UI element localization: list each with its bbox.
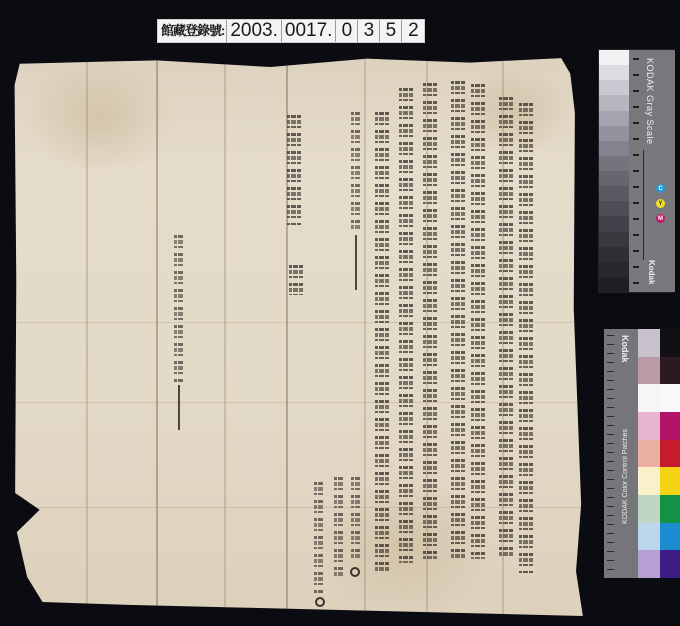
gray-scale-title: KODAK Gray Scale xyxy=(645,58,655,145)
ruler-marks xyxy=(607,335,614,572)
manuscript-column-3 xyxy=(471,84,485,559)
kodak-brand: Kodak xyxy=(620,335,630,363)
kodak-color-control-target: Kodak KODAK Color Control Patches xyxy=(604,329,680,578)
photo-stage: 館藏登錄號: 2003. 0017. 0 3 5 2 xyxy=(0,0,680,626)
paper-stain xyxy=(24,57,174,177)
seal-mark xyxy=(315,597,325,607)
signature-column-3 xyxy=(314,482,324,594)
fold-line xyxy=(86,57,88,616)
gray-steps xyxy=(599,50,629,292)
catalogue-number-digit: 3 xyxy=(358,20,380,42)
annotation-closing-stroke xyxy=(178,385,180,430)
dark-color-patches xyxy=(660,329,680,578)
fold-line xyxy=(224,57,226,616)
magenta-dot: M xyxy=(656,214,665,223)
manuscript-column-6 xyxy=(399,88,413,563)
fold-line xyxy=(364,57,366,616)
manuscript-closing-stroke xyxy=(355,235,357,290)
ruler-marks xyxy=(633,58,639,284)
date-month xyxy=(289,265,303,295)
seal-mark xyxy=(350,567,360,577)
yellow-dot: Y xyxy=(656,199,665,208)
paste-seam xyxy=(156,57,158,616)
manuscript-column-2 xyxy=(499,97,513,557)
catalogue-number-part: 2003. xyxy=(227,20,282,42)
catalogue-number-digit: 0 xyxy=(336,20,358,42)
manuscript-column-1 xyxy=(519,103,533,573)
kodak-gray-scale-target: KODAK Gray Scale C Y M Kodak xyxy=(598,49,674,293)
signature-column-2 xyxy=(334,477,344,577)
date-column xyxy=(287,115,301,225)
color-target-title: KODAK Color Control Patches xyxy=(622,429,629,524)
catalogue-label-prefix: 館藏登錄號: xyxy=(158,20,227,42)
signature-column-1 xyxy=(351,477,361,559)
ruler-line xyxy=(643,150,644,260)
catalogue-number-part: 0017. xyxy=(282,20,337,42)
catalogue-number-label: 館藏登錄號: 2003. 0017. 0 3 5 2 xyxy=(157,19,425,43)
catalogue-number-digit: 5 xyxy=(380,20,402,42)
manuscript-column-5 xyxy=(423,83,437,559)
color-target-ruler: Kodak KODAK Color Control Patches xyxy=(604,329,638,578)
gray-scale-ruler: KODAK Gray Scale C Y M Kodak xyxy=(629,50,675,292)
manuscript-column-8 xyxy=(351,112,361,230)
light-color-patches xyxy=(638,329,660,578)
left-annotation-column xyxy=(174,235,184,383)
manuscript-paper xyxy=(14,57,584,616)
manuscript-column-7 xyxy=(375,112,389,572)
catalogue-number-digit: 2 xyxy=(402,20,424,42)
kodak-brand: Kodak xyxy=(647,260,656,284)
cyan-dot: C xyxy=(656,184,665,193)
manuscript-column-4 xyxy=(451,81,465,559)
